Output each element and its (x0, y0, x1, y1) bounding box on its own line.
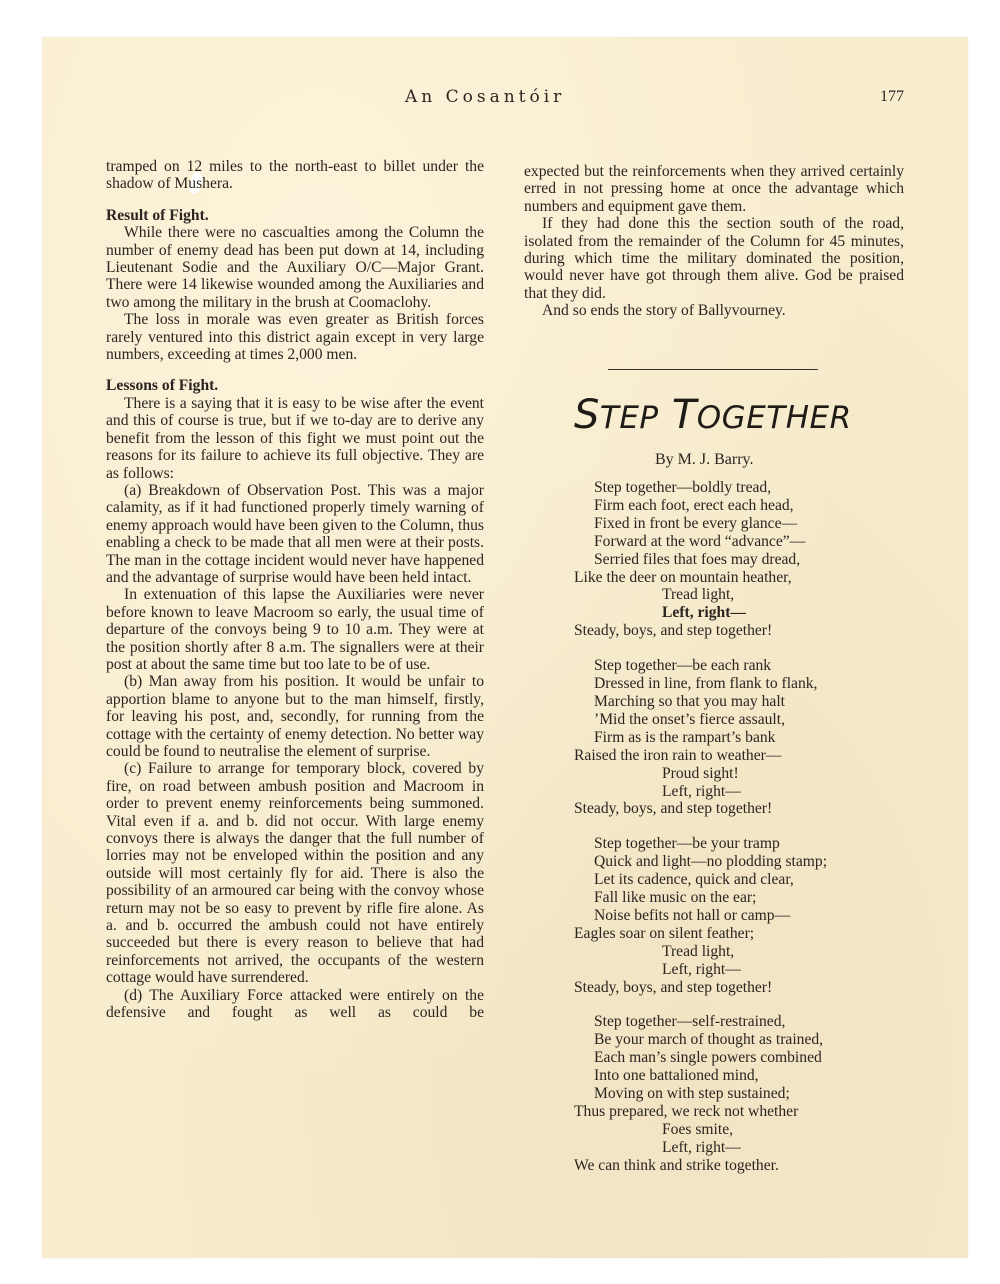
poem-line: Steady, boys, and step together! (574, 979, 827, 997)
poem-body: Step together—boldly tread,Firm each foo… (574, 479, 827, 1192)
right-column: expected but the reinforcements when the… (524, 163, 904, 320)
paragraph: (a) Breakdown of Observation Post. This … (106, 482, 484, 586)
poem-line: Serried files that foes may dread, (574, 551, 827, 569)
poem-line: Like the deer on mountain heather, (574, 569, 827, 587)
poem-line: Forward at the word “advance”— (574, 533, 827, 551)
left-column: tramped on 12 miles to the north-east to… (106, 158, 484, 1022)
title-word: TEP (600, 400, 659, 436)
poem-line: Steady, boys, and step together! (574, 622, 827, 640)
poem-line: Left, right— (574, 1139, 827, 1157)
poem-line: Left, right— (574, 961, 827, 979)
paragraph: In extenuation of this lapse the Auxilia… (106, 586, 484, 673)
section-divider (608, 369, 818, 370)
poem-line: Fixed in front be every glance— (574, 515, 827, 533)
poem-line: Eagles soar on silent feather; (574, 925, 827, 943)
paragraph: If they had done this the section south … (524, 215, 904, 302)
poem-line: Each man’s single powers combined (574, 1049, 827, 1067)
poem-line: Moving on with step sustained; (574, 1085, 827, 1103)
poem-line: Marching so that you may halt (574, 693, 827, 711)
poem-title: STEP TOGETHER (574, 392, 852, 438)
paragraph: (b) Man away from his position. It would… (106, 673, 484, 760)
poem-line: Noise befits not hall or camp— (574, 907, 827, 925)
poem-line: ’Mid the onset’s fierce assault, (574, 711, 827, 729)
poem-line: Proud sight! (574, 765, 827, 783)
poem-line: Fall like music on the ear; (574, 889, 827, 907)
intro-paragraph: tramped on 12 miles to the north-east to… (106, 158, 484, 193)
poem-stanza: Step together—self-restrained,Be your ma… (574, 1013, 827, 1174)
poem-line: Tread light, (574, 943, 827, 961)
poem-line: Firm each foot, erect each head, (574, 497, 827, 515)
title-word: OGETHER (697, 400, 852, 436)
poem-stanza: Step together—be each rankDressed in lin… (574, 657, 827, 818)
poem-line: Steady, boys, and step together! (574, 800, 827, 818)
running-title: An Cosantóir (405, 87, 565, 107)
poem-stanza: Step together—boldly tread,Firm each foo… (574, 479, 827, 640)
poem-line: Firm as is the rampart’s bank (574, 729, 827, 747)
continuation-paragraph: expected but the reinforcements when the… (524, 163, 904, 215)
poem-line: Quick and light—no plodding stamp; (574, 853, 827, 871)
poem-line: Left, right— (574, 783, 827, 801)
poem-line: Left, right— (574, 604, 827, 622)
paragraph: There is a saying that it is easy to be … (106, 395, 484, 482)
title-initial: S (574, 392, 600, 438)
paragraph: While there were no cascualties among th… (106, 224, 484, 311)
paragraph: (c) Failure to arrange for temporary blo… (106, 760, 484, 986)
paragraph: (d) The Auxiliary Force attacked were en… (106, 987, 484, 1022)
poem-line: Raised the iron rain to weather— (574, 747, 827, 765)
section-heading-result: Result of Fight. (106, 207, 484, 224)
poem-line: Dressed in line, from flank to flank, (574, 675, 827, 693)
poem-line: Step together—boldly tread, (574, 479, 827, 497)
title-initial: T (672, 392, 697, 438)
poem-line: Thus prepared, we reck not whether (574, 1103, 827, 1121)
poem-byline: By M. J. Barry. (655, 451, 754, 469)
poem-line: Step together—be your tramp (574, 835, 827, 853)
poem-line: Tread light, (574, 586, 827, 604)
poem-line: Foes smite, (574, 1121, 827, 1139)
poem-stanza: Step together—be your trampQuick and lig… (574, 835, 827, 996)
section-heading-lessons: Lessons of Fight. (106, 377, 484, 394)
poem-line: We can think and strike together. (574, 1157, 827, 1175)
poem-line: Step together—be each rank (574, 657, 827, 675)
poem-line: Into one battalioned mind, (574, 1067, 827, 1085)
paragraph: And so ends the story of Ballyvourney. (524, 302, 904, 319)
page-number: 177 (880, 88, 904, 106)
poem-line: Step together—self-restrained, (574, 1013, 827, 1031)
paragraph: The loss in morale was even greater as B… (106, 311, 484, 363)
poem-line: Let its cadence, quick and clear, (574, 871, 827, 889)
poem-line: Be your march of thought as trained, (574, 1031, 827, 1049)
